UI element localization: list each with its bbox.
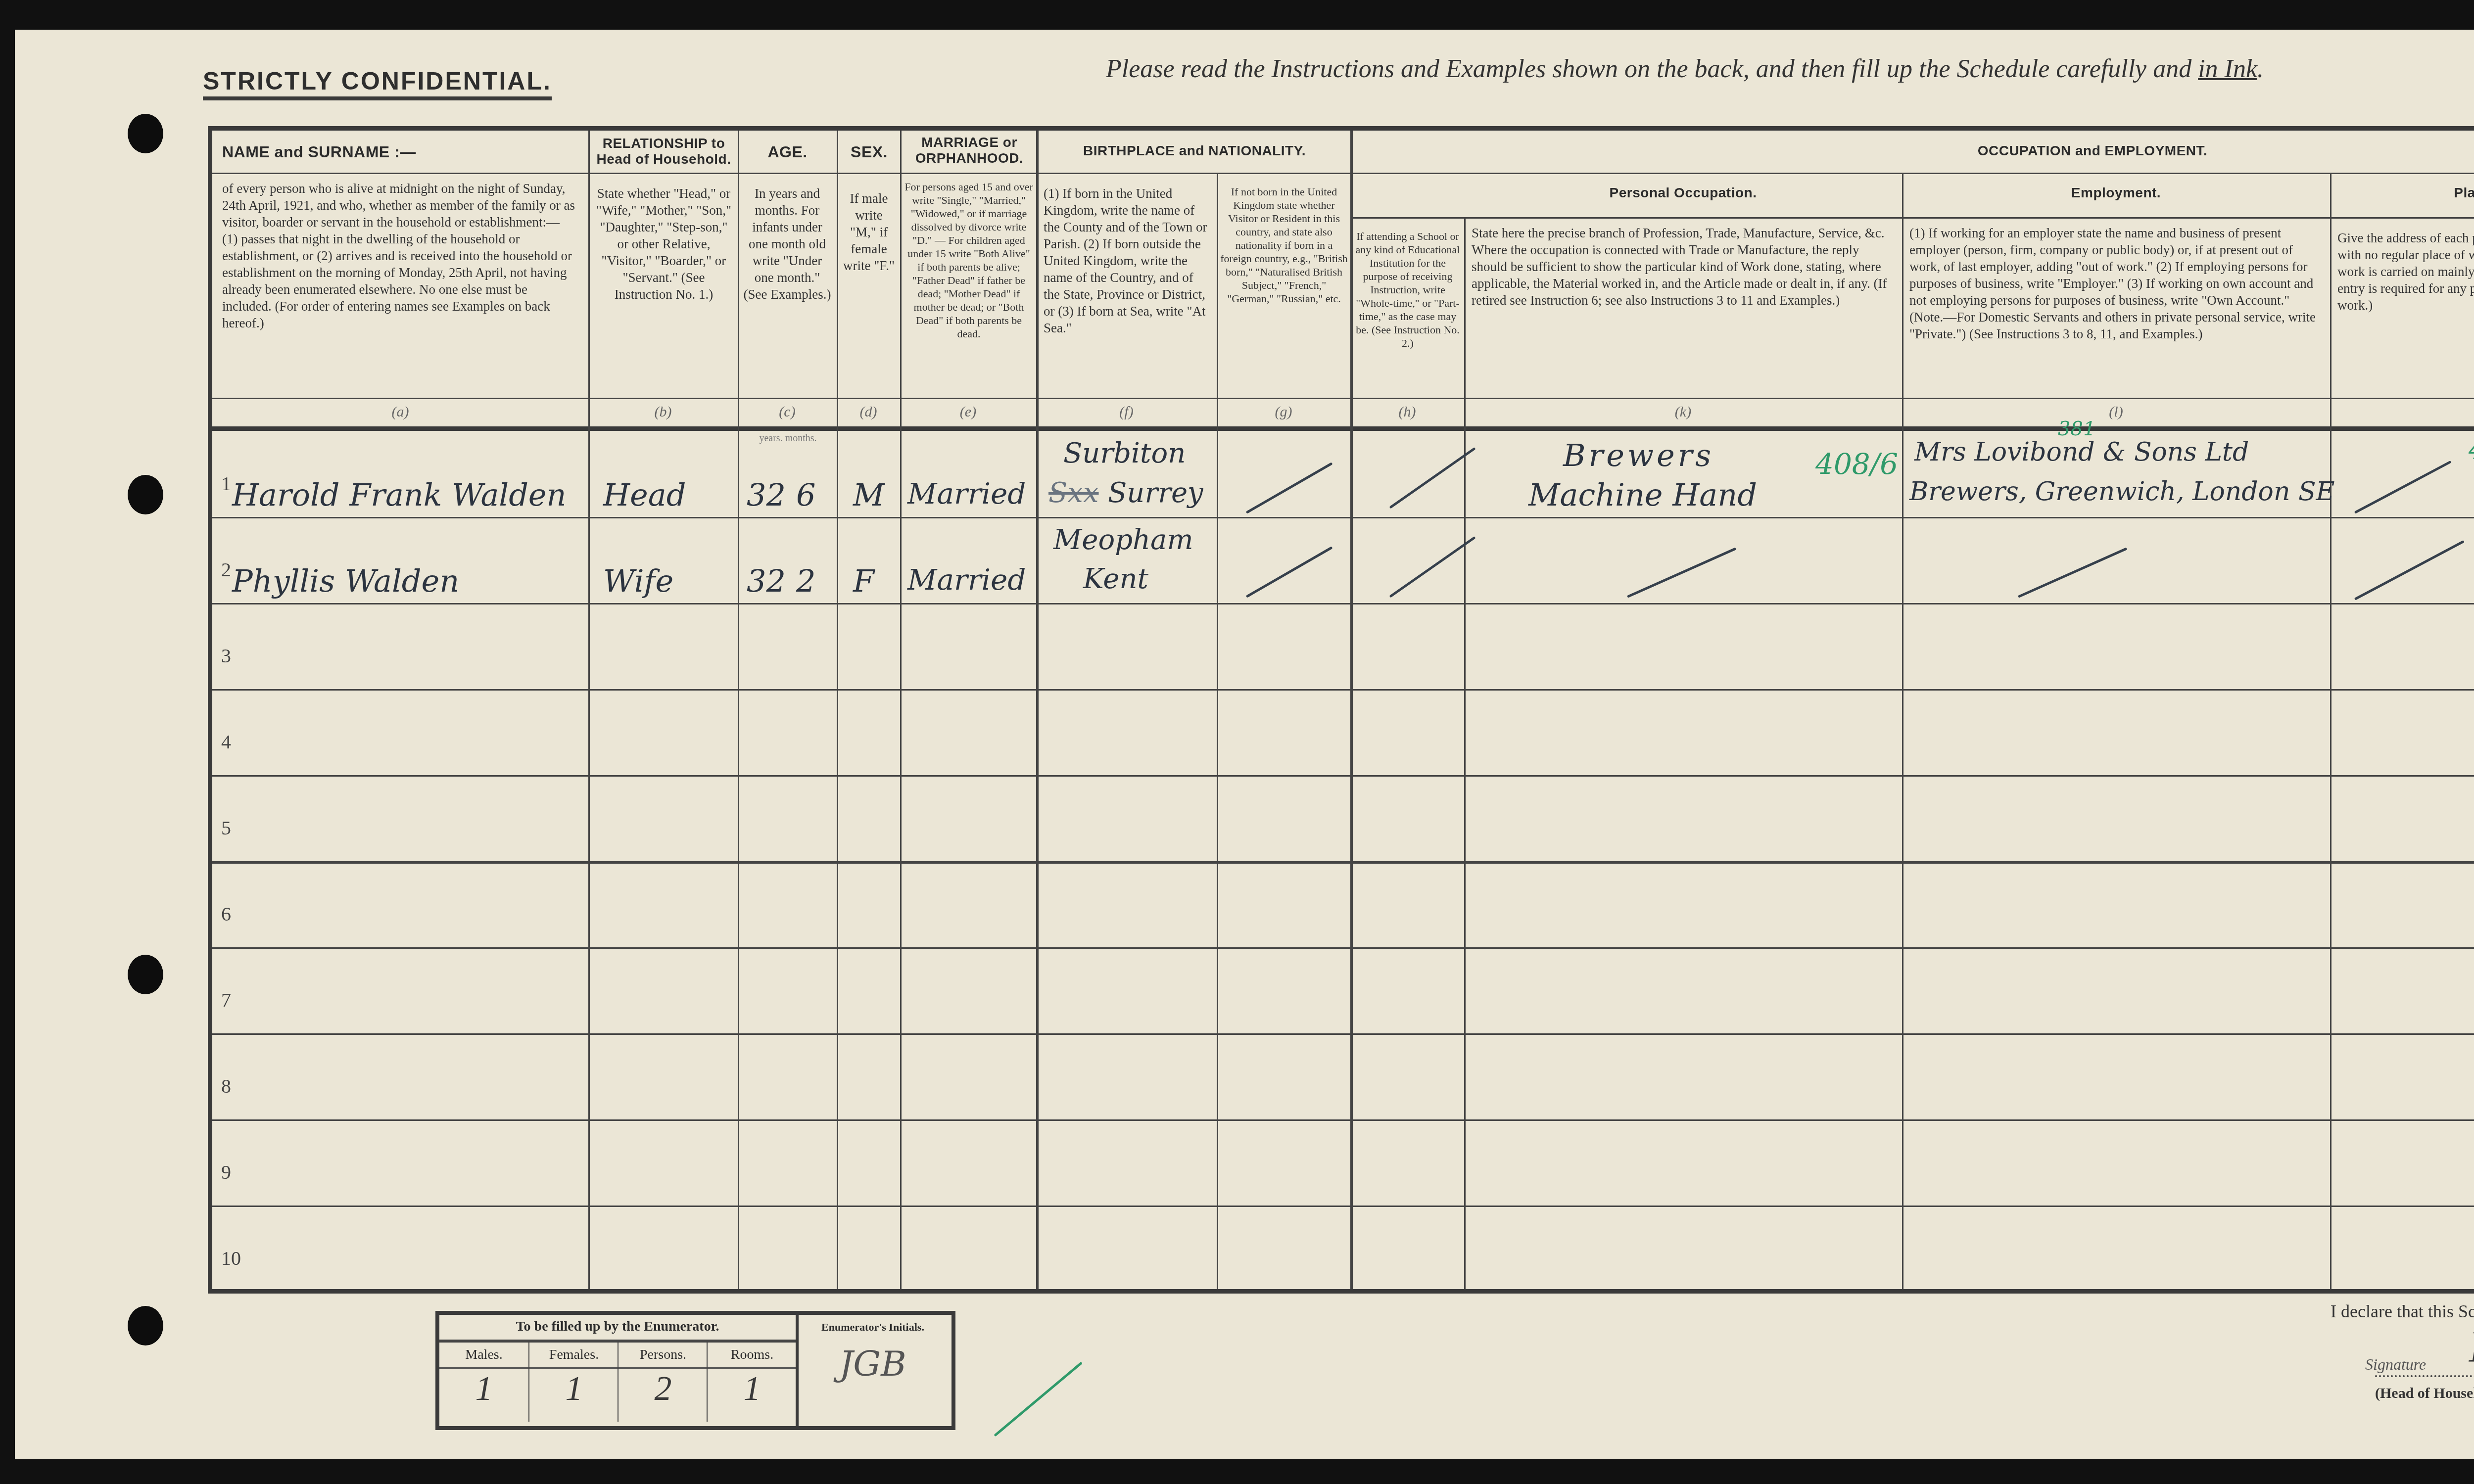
col-letter-e: (e) <box>900 404 1036 420</box>
desc-nationality: If not born in the United Kingdom state … <box>1219 185 1349 305</box>
desc-birthplace: (1) If born in the United Kingdom, write… <box>1044 185 1212 336</box>
entry-marriage: Married <box>907 563 1026 597</box>
row-number: 9 <box>221 1160 231 1184</box>
dash-mark <box>1246 462 1333 513</box>
divider <box>2330 173 2331 1289</box>
dash-mark <box>1246 546 1333 598</box>
divider <box>1036 131 1039 1289</box>
enumerator-initials-label: Enumerator's Initials. <box>799 1315 947 1334</box>
females-label: Females. <box>529 1343 618 1369</box>
desc-employment: (1) If working for an employer state the… <box>1909 225 2323 342</box>
entry-sex: F <box>853 563 874 599</box>
census-table: NAME and SURNAME :— of every person who … <box>208 126 2474 1294</box>
entry-relationship: Wife <box>603 563 673 599</box>
declaration-text: I declare that this Schedule is correctl… <box>2331 1301 2474 1322</box>
row-number: 6 <box>221 902 231 926</box>
males-value: 1 <box>439 1369 528 1409</box>
workplace-code: 4340. <box>2469 432 2474 466</box>
row-number: 3 <box>221 644 231 667</box>
entry-birthplace-town: Surbiton <box>1063 437 1186 469</box>
signature-label: Signature <box>2365 1355 2426 1374</box>
divider <box>1902 173 1903 1289</box>
entry-age-months: 6 <box>796 477 815 513</box>
desc-personal-occupation: State here the precise branch of Profess… <box>1472 225 1895 309</box>
entry-age-months: 2 <box>796 563 815 599</box>
divider <box>588 131 590 1289</box>
row-number: 8 <box>221 1074 231 1098</box>
entry-age-years: 32 <box>747 477 786 513</box>
desc-relationship: State whether "Head," or "Wife," "Mother… <box>596 185 732 303</box>
instructions-line: Please read the Instructions and Example… <box>1106 54 2264 84</box>
females-value: 1 <box>529 1369 618 1409</box>
confidential-heading: STRICTLY CONFIDENTIAL. <box>203 67 552 100</box>
persons-value: 2 <box>618 1369 708 1409</box>
entry-birthplace-county: Surrey <box>1108 477 1203 509</box>
males-cell: Males.1 <box>439 1343 528 1422</box>
row-divider <box>212 1033 2474 1035</box>
header-birthplace: BIRTHPLACE and NATIONALITY. <box>1039 143 1350 159</box>
enumerator-totals-box: To be filled up by the Enumerator. Males… <box>435 1311 955 1430</box>
desc-marriage: For persons aged 15 and over write "Sing… <box>904 180 1034 340</box>
row-number: 4 <box>221 730 231 753</box>
punch-hole <box>128 114 163 153</box>
row-number: 7 <box>221 988 231 1012</box>
desc-age: In years and months. For infants under o… <box>743 185 832 303</box>
females-cell: Females.1 <box>528 1343 618 1422</box>
persons-label: Persons. <box>618 1343 708 1369</box>
divider <box>900 131 902 1289</box>
desc-place-of-work: Give the address of each person's place … <box>2337 230 2474 314</box>
col-letter-l: (l) <box>1902 404 2330 420</box>
row-divider <box>212 517 2474 518</box>
entry-employer: Mrs Lovibond & Sons Ltd <box>1914 437 2249 467</box>
col-letter-b: (b) <box>588 404 738 420</box>
rooms-label: Rooms. <box>708 1343 797 1369</box>
row-divider <box>212 689 2474 691</box>
row-number: 1 <box>221 472 231 495</box>
entry-occupation-industry: Brewers <box>1563 437 1714 473</box>
divider <box>212 173 2474 174</box>
dash-mark <box>1389 536 1476 598</box>
signature-value: H. F. Walden <box>2469 1322 2474 1373</box>
divider <box>1350 217 1902 219</box>
punch-hole <box>128 1306 163 1345</box>
col-letter-c: (c) <box>738 404 837 420</box>
row-divider <box>212 861 2474 864</box>
age-subheader: years. months. <box>740 430 836 447</box>
divider <box>1217 173 1218 1289</box>
col-letter-m: (m) <box>2330 404 2474 420</box>
divider <box>837 131 838 1289</box>
entry-occupation: Machine Hand <box>1528 477 1757 513</box>
divider <box>1902 217 2474 219</box>
header-relationship: RELATIONSHIP to Head of Household. <box>591 136 737 167</box>
col-letter-a: (a) <box>212 404 588 420</box>
entry-name: Harold Frank Walden <box>232 477 567 513</box>
row-number: 2 <box>221 558 231 581</box>
col-letter-k: (k) <box>1464 404 1902 420</box>
header-sex: SEX. <box>838 143 900 161</box>
dash-mark <box>1389 447 1476 509</box>
col-letter-d: (d) <box>837 404 900 420</box>
entry-sex: M <box>853 477 884 513</box>
entry-birthplace-town: Meopham <box>1053 524 1193 556</box>
dash-mark <box>2354 540 2465 601</box>
entry-birthplace-county: Kent <box>1083 563 1148 595</box>
enumerator-initials-cell: Enumerator's Initials. JGB <box>796 1315 947 1426</box>
row-divider <box>212 603 2474 604</box>
punch-hole <box>128 955 163 994</box>
males-label: Males. <box>439 1343 528 1369</box>
dash-mark <box>2018 548 2127 598</box>
punch-hole <box>128 475 163 514</box>
divider <box>738 131 739 1289</box>
dash-mark <box>2354 461 2452 514</box>
col-letter-f: (f) <box>1036 404 1217 420</box>
entry-name: Phyllis Walden <box>232 563 459 599</box>
row-divider <box>212 775 2474 777</box>
row-divider <box>212 947 2474 949</box>
header-place-of-work: Place of Work. <box>2330 185 2474 201</box>
header-name: NAME and SURNAME :— <box>222 143 420 161</box>
occupation-code: 408/6 <box>1815 447 1898 481</box>
dash-mark <box>1627 548 1736 598</box>
entry-relationship: Head <box>603 477 686 513</box>
divider <box>212 426 2474 431</box>
rooms-value: 1 <box>708 1369 797 1409</box>
signature-note: (Head of Household, Manager of Establish… <box>2375 1385 2474 1402</box>
persons-cell: Persons.2 <box>618 1343 708 1422</box>
enumerator-box-title: To be filled up by the Enumerator. <box>439 1315 796 1343</box>
row-divider <box>212 1119 2474 1121</box>
divider <box>212 398 2474 399</box>
entry-birthplace-struck: Sxx <box>1048 477 1099 509</box>
employer-code: 381 <box>2058 417 2095 440</box>
entry-age-years: 32 <box>747 563 786 599</box>
col-letter-g: (g) <box>1217 404 1350 420</box>
header-employment: Employment. <box>1902 185 2330 201</box>
desc-sex: If male write "M," if female write "F." <box>842 190 896 274</box>
divider <box>1464 217 1466 1289</box>
entry-employer-address: Brewers, Greenwich, London SE <box>1909 477 2335 507</box>
desc-name: of every person who is alive at midnight… <box>222 180 578 331</box>
row-number: 5 <box>221 816 231 839</box>
header-personal-occupation: Personal Occupation. <box>1464 185 1902 201</box>
header-marriage: MARRIAGE or ORPHANHOOD. <box>903 135 1036 166</box>
header-occupation: OCCUPATION and EMPLOYMENT. <box>1350 143 2474 159</box>
rooms-cell: Rooms.1 <box>707 1343 797 1422</box>
col-letter-h: (h) <box>1350 404 1464 420</box>
entry-marriage: Married <box>907 477 1026 510</box>
row-number: 10 <box>221 1247 241 1270</box>
row-divider <box>212 1206 2474 1207</box>
header-age: AGE. <box>739 143 836 161</box>
desc-education: If attending a School or any kind of Edu… <box>1353 230 1463 350</box>
enumerator-initials-value: JGB <box>799 1344 947 1384</box>
